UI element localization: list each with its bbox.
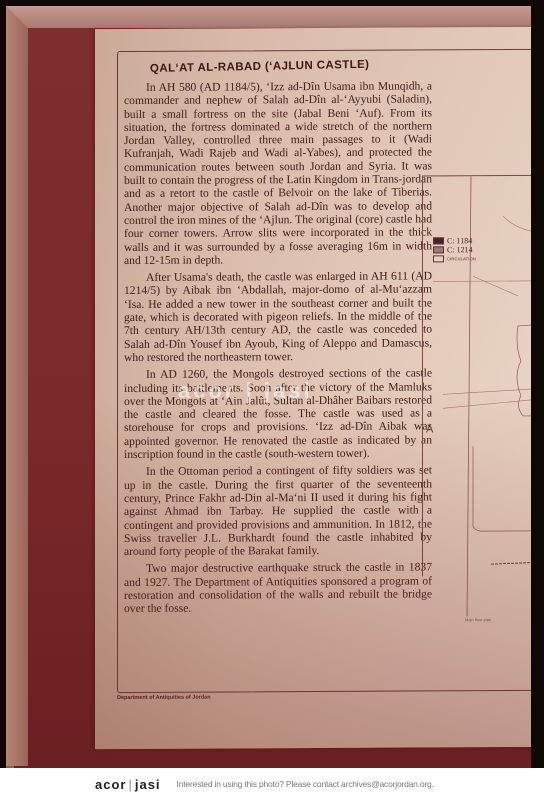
paragraph: After Usama's death, the castle was enla… [124,270,432,365]
footer-bar: acor|jasi Interested in using this photo… [0,768,544,800]
frame-bevel-top [6,6,534,28]
paragraph: In AH 580 (AD 1184/5), ‘Izz ad-Dîn Usama… [124,79,432,267]
plan-note: Main floor plan [465,617,491,622]
paragraph: Two major destructive earthquake struck … [124,561,432,616]
photo-edge [531,0,544,768]
sign-body: In AH 580 (AD 1184/5), ‘Izz ad-Dîn Usama… [124,79,432,619]
legend-item: C: 1184 [433,236,476,245]
contact-notice: Interested in using this photo? Please c… [177,779,434,789]
section-label: A [426,423,433,435]
credit-line: Department of Antiquities of Jordan [117,695,211,701]
information-board: QAL‘AT AL-RABAD (‘AJLUN CASTLE) In AH 58… [95,27,544,749]
castle-plan: C: 1184 C: 1214 CIRCULATION A Main floor… [422,175,544,577]
paragraph: In the Ottoman period a contingent of fi… [124,464,432,559]
legend-swatch [433,255,444,262]
legend-swatch [433,237,444,244]
acor-logo[interactable]: acor|jasi [95,777,161,792]
watermark: acor | jasi [178,378,313,404]
plan-legend: C: 1184 C: 1214 CIRCULATION [433,236,476,263]
sign-title: QAL‘AT AL-RABAD (‘AJLUN CASTLE) [150,57,450,75]
legend-swatch [433,246,444,253]
legend-item: CIRCULATION [433,254,476,263]
legend-item: C: 1214 [433,245,476,254]
frame-bevel-left [6,6,28,766]
photograph: QAL‘AT AL-RABAD (‘AJLUN CASTLE) In AH 58… [0,0,544,768]
